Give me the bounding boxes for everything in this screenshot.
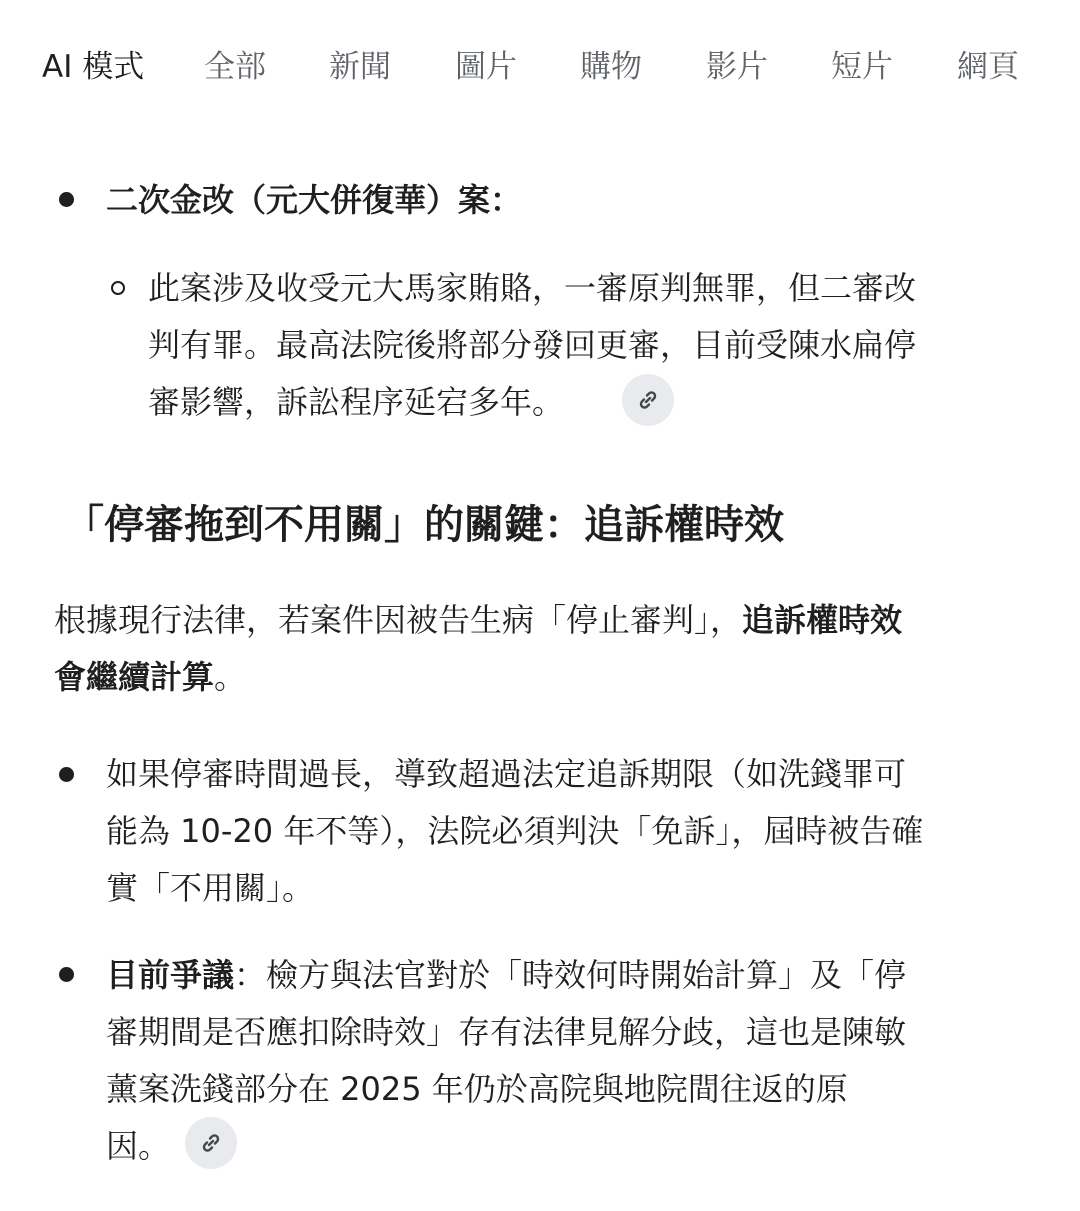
bullet-dot [59, 967, 74, 982]
tab-videos[interactable]: 影片 [706, 46, 768, 88]
source-link-button[interactable] [185, 1117, 237, 1169]
sub-bullet-line: 此案涉及收受元大馬家賄賂，一審原判無罪，但二審改 [148, 266, 916, 310]
sub-bullet-line: 審影響，訴訟程序延宕多年。 [148, 380, 564, 424]
bullet-line: 如果停審時間過長，導致超過法定追訴期限（如洗錢罪可 [106, 752, 906, 796]
link-icon [199, 1131, 223, 1155]
bullet-dot [59, 767, 74, 782]
bullet-title-case: 二次金改（元大併復華）案： [106, 178, 522, 222]
paragraph-text: 根據現行法律，若案件因被告生病「停止審判」， [54, 601, 742, 639]
tab-short-videos[interactable]: 短片 [831, 46, 893, 88]
paragraph-line: 會繼續計算。 [54, 655, 246, 699]
tab-news[interactable]: 新聞 [329, 46, 391, 88]
bullet-line: 薰案洗錢部分在 2025 年仍於高院與地院間往返的原 [106, 1067, 848, 1111]
paragraph-emphasis: 追訴權時效 [742, 601, 902, 639]
source-link-button[interactable] [622, 374, 674, 426]
paragraph-emphasis: 會繼續計算 [54, 658, 214, 696]
bullet-line: 目前爭議：檢方與法官對於「時效何時開始計算」及「停 [106, 953, 906, 997]
bullet-label: 目前爭議 [106, 956, 234, 994]
search-mode-tabs: AI 模式 全部 新聞 圖片 購物 影片 短片 網頁 [0, 0, 1080, 130]
bullet-line: 因。 [106, 1124, 170, 1168]
tab-images[interactable]: 圖片 [455, 46, 517, 88]
bullet-line: 審期間是否應扣除時效」存有法律見解分歧，這也是陳敏 [106, 1010, 906, 1054]
sub-bullet-line: 判有罪。最高法院後將部分發回更審，目前受陳水扁停 [148, 323, 916, 367]
paragraph-line: 根據現行法律，若案件因被告生病「停止審判」，追訴權時效 [54, 598, 902, 642]
tab-ai-mode[interactable]: AI 模式 [42, 46, 144, 88]
link-icon [636, 388, 660, 412]
bullet-dot [59, 192, 74, 207]
bullet-line: 能為 10-20 年不等），法院必須判決「免訴」，屆時被告確 [106, 809, 923, 853]
sub-bullet-circle [111, 281, 125, 295]
section-heading: 「停審拖到不用關」的關鍵：追訴權時效 [64, 498, 784, 552]
tab-shopping[interactable]: 購物 [580, 46, 642, 88]
bullet-line: 實「不用關」。 [106, 866, 314, 910]
tab-web[interactable]: 網頁 [957, 46, 1019, 88]
bullet-text: ：檢方與法官對於「時效何時開始計算」及「停 [234, 956, 906, 994]
paragraph-text: 。 [214, 658, 246, 696]
tab-all[interactable]: 全部 [204, 46, 266, 88]
